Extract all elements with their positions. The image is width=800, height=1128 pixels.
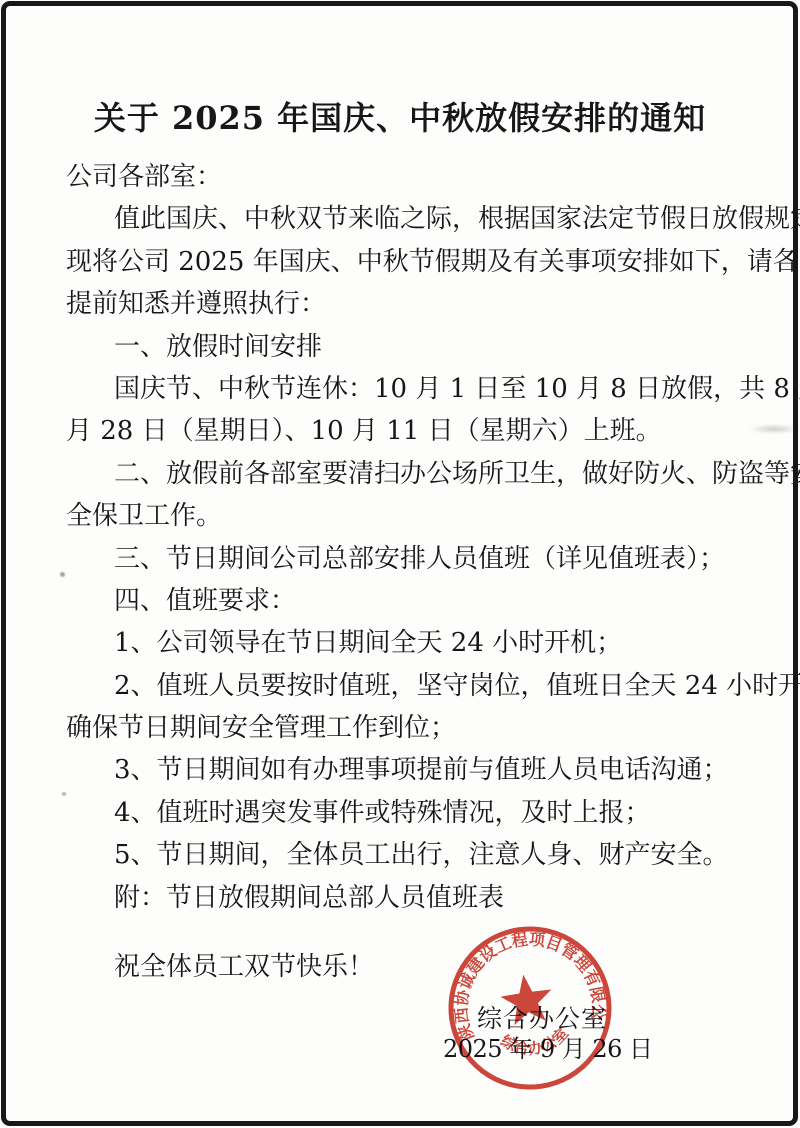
company-seal-stamp: 陕西协诚建设工程项目管理有限公司 综合办公室 xyxy=(433,911,627,1105)
notice-page: 关于 2025 年国庆、中秋放假安排的通知 公司各部室：值此国庆、中秋双节来临之… xyxy=(0,0,800,1128)
text-line: 2、值班人员要按时值班，坚守岗位，值班日全天 24 小时开机， xyxy=(66,665,738,707)
scan-speck xyxy=(62,792,66,796)
text-line: 公司各部室： xyxy=(66,156,738,198)
stamp-company-text: 陕西协诚建设工程项目管理有限公司 xyxy=(433,911,611,1046)
text-line: 月 28 日（星期日）、10 月 11 日（星期六）上班。 xyxy=(66,410,738,452)
text-line: 全保卫工作。 xyxy=(66,495,738,537)
text-line: 四、值班要求： xyxy=(66,580,738,622)
text-line: 4、值班时遇突发事件或特殊情况，及时上报； xyxy=(66,792,738,834)
text-line: 确保节日期间安全管理工作到位； xyxy=(66,707,738,749)
text-line: 现将公司 2025 年国庆、中秋节假期及有关事项安排如下，请各部室 xyxy=(66,241,738,283)
scan-smudge xyxy=(748,424,800,434)
text-line: 3、节日期间如有办理事项提前与值班人员电话沟通； xyxy=(66,749,738,791)
text-line: 附：节日放假期间总部人员值班表 xyxy=(66,877,738,919)
document-body: 公司各部室：值此国庆、中秋双节来临之际，根据国家法定节假日放假规定，现将公司 2… xyxy=(66,156,738,919)
text-line: 1、公司领导在节日期间全天 24 小时开机； xyxy=(66,622,738,664)
text-line: 提前知悉并遵照执行： xyxy=(66,283,738,325)
document-title: 关于 2025 年国庆、中秋放假安排的通知 xyxy=(0,93,800,139)
text-line: 5、节日期间，全体员工出行，注意人身、财产安全。 xyxy=(66,834,738,876)
text-line: 三、节日期间公司总部安排人员值班（详见值班表）； xyxy=(66,538,738,580)
text-line: 值此国庆、中秋双节来临之际，根据国家法定节假日放假规定， xyxy=(66,198,738,240)
text-line: 二、放假前各部室要清扫办公场所卫生，做好防火、防盗等安 xyxy=(66,453,738,495)
closing-line: 祝全体员工双节快乐！ xyxy=(114,946,374,983)
stamp-star-icon xyxy=(498,971,556,1026)
scan-speck xyxy=(60,572,65,577)
stamp-office-text: 综合办公室 xyxy=(496,1022,575,1062)
text-line: 国庆节、中秋节连休：10 月 1 日至 10 月 8 日放假，共 8 天，9 xyxy=(66,368,738,410)
text-line: 一、放假时间安排 xyxy=(66,326,738,368)
